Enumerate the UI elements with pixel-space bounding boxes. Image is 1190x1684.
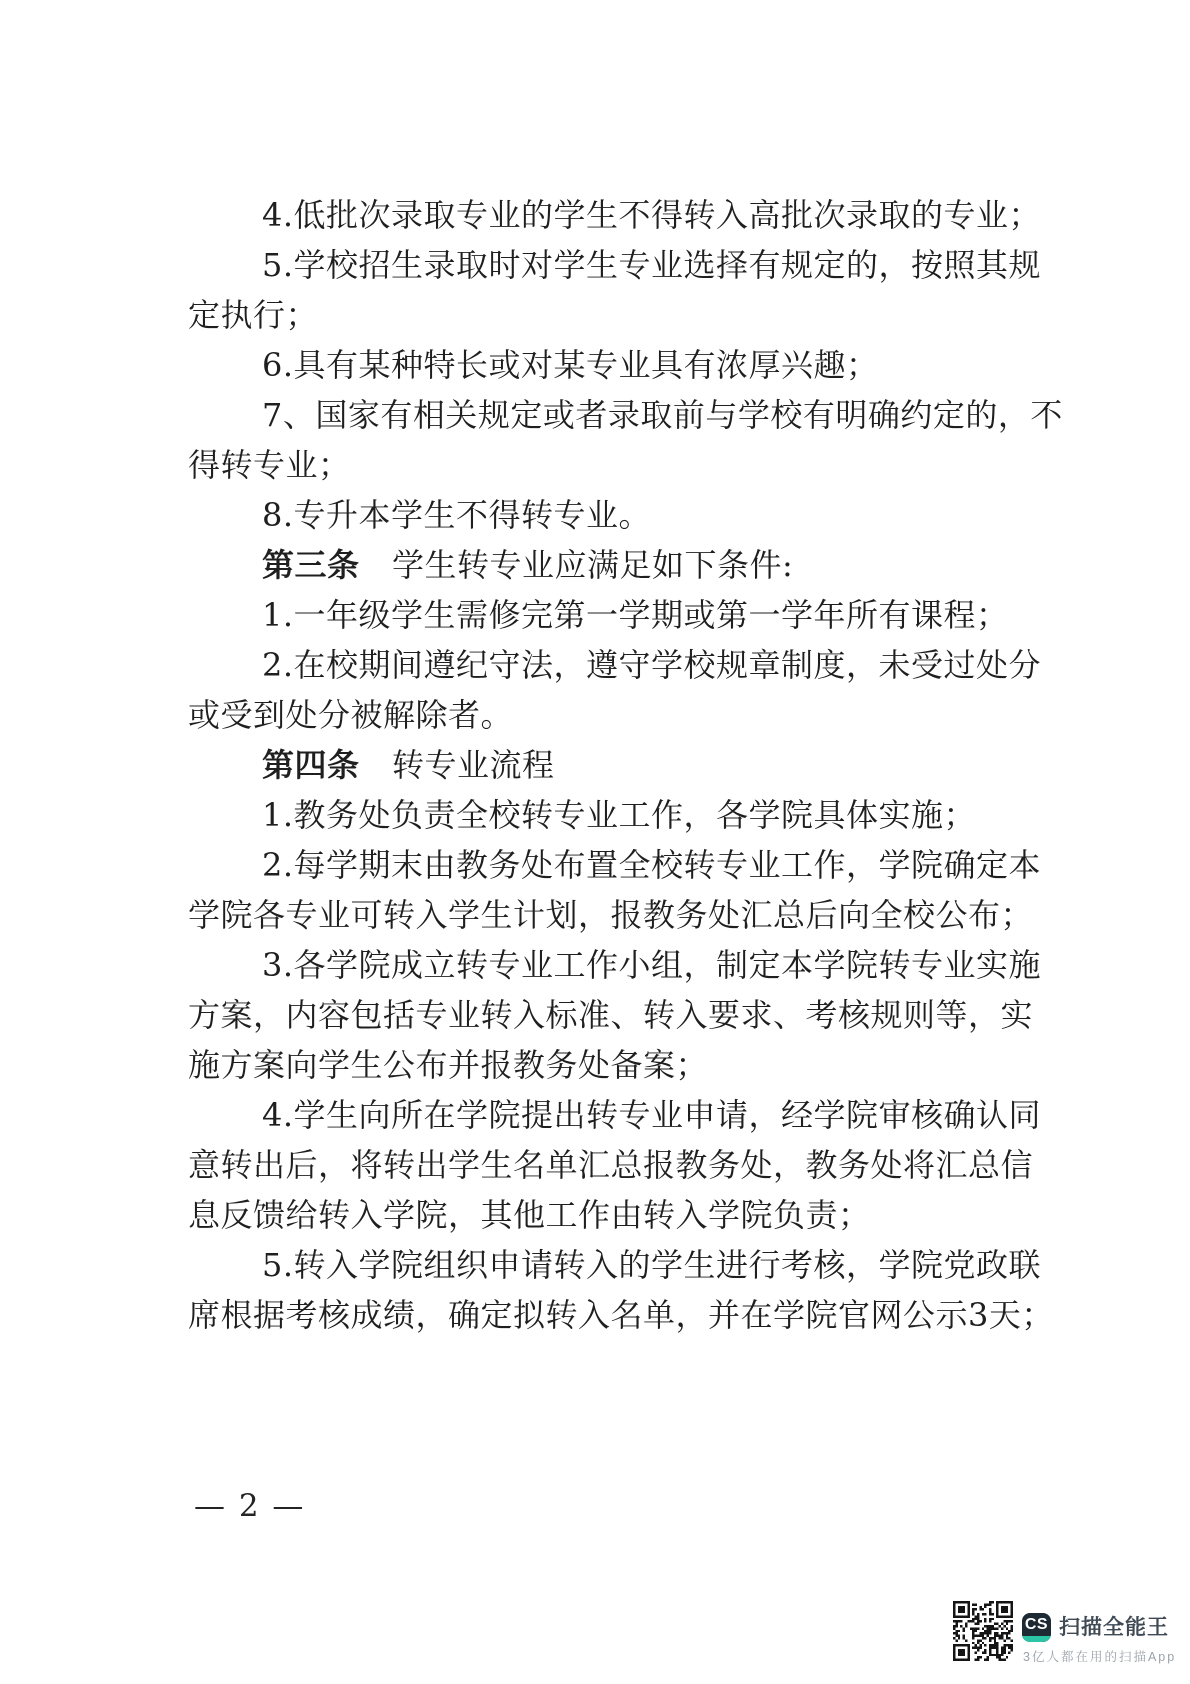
qr-code-icon <box>953 1601 1013 1661</box>
text-line: 席根据考核成绩，确定拟转入名单，并在学院官网公示3天； <box>188 1290 1038 1340</box>
text-line: 7、国家有相关规定或者录取前与学校有明确约定的，不 <box>188 390 1038 440</box>
text-line: 2.在校期间遵纪守法，遵守学校规章制度，未受过处分 <box>188 640 1038 690</box>
watermark-brand: 扫描全能王 <box>1059 1613 1169 1642</box>
cs-logo-text: CS <box>1022 1614 1051 1636</box>
scanned-document-page: 4.低批次录取专业的学生不得转入高批次录取的专业；5.学校招生录取时对学生专业选… <box>0 0 1190 1684</box>
text-line: 息反馈给转入学院，其他工作由转入学院负责； <box>188 1190 1038 1240</box>
text-line: 8.专升本学生不得转专业。 <box>188 490 1038 540</box>
text-line: 2.每学期末由教务处布置全校转专业工作，学院确定本 <box>188 840 1038 890</box>
text-line: 施方案向学生公布并报教务处备案； <box>188 1040 1038 1090</box>
text-line: 第四条 转专业流程 <box>188 740 1038 790</box>
text-line: 4.低批次录取专业的学生不得转入高批次录取的专业； <box>188 190 1038 240</box>
text-line: 5.学校招生录取时对学生专业选择有规定的，按照其规 <box>188 240 1038 290</box>
cs-logo-accent <box>1022 1636 1051 1642</box>
watermark-tagline: 3亿人都在用的扫描App <box>1023 1647 1176 1665</box>
text-line: 方案，内容包括专业转入标准、转入要求、考核规则等，实 <box>188 990 1038 1040</box>
text-line: 1.一年级学生需修完第一学期或第一学年所有课程； <box>188 590 1038 640</box>
text-line: 得转专业； <box>188 440 1038 490</box>
text-line: 4.学生向所在学院提出转专业申请，经学院审核确认同 <box>188 1090 1038 1140</box>
text-line: 或受到处分被解除者。 <box>188 690 1038 740</box>
text-line: 5.转入学院组织申请转入的学生进行考核，学院党政联 <box>188 1240 1038 1290</box>
text-line: 第三条 学生转专业应满足如下条件: <box>188 540 1038 590</box>
document-text: 4.低批次录取专业的学生不得转入高批次录取的专业；5.学校招生录取时对学生专业选… <box>188 190 1038 1340</box>
cs-logo: CS <box>1022 1613 1051 1642</box>
page-number: — 2 — <box>194 1488 305 1524</box>
text-line: 定执行； <box>188 290 1038 340</box>
text-line: 6.具有某种特长或对某专业具有浓厚兴趣； <box>188 340 1038 390</box>
text-line: 1.教务处负责全校转专业工作，各学院具体实施； <box>188 790 1038 840</box>
scanner-watermark: CS 扫描全能王 3亿人都在用的扫描App <box>953 1601 1190 1665</box>
text-line: 3.各学院成立转专业工作小组，制定本学院转专业实施 <box>188 940 1038 990</box>
text-line: 学院各专业可转入学生计划，报教务处汇总后向全校公布； <box>188 890 1038 940</box>
text-line: 意转出后，将转出学生名单汇总报教务处，教务处将汇总信 <box>188 1140 1038 1190</box>
